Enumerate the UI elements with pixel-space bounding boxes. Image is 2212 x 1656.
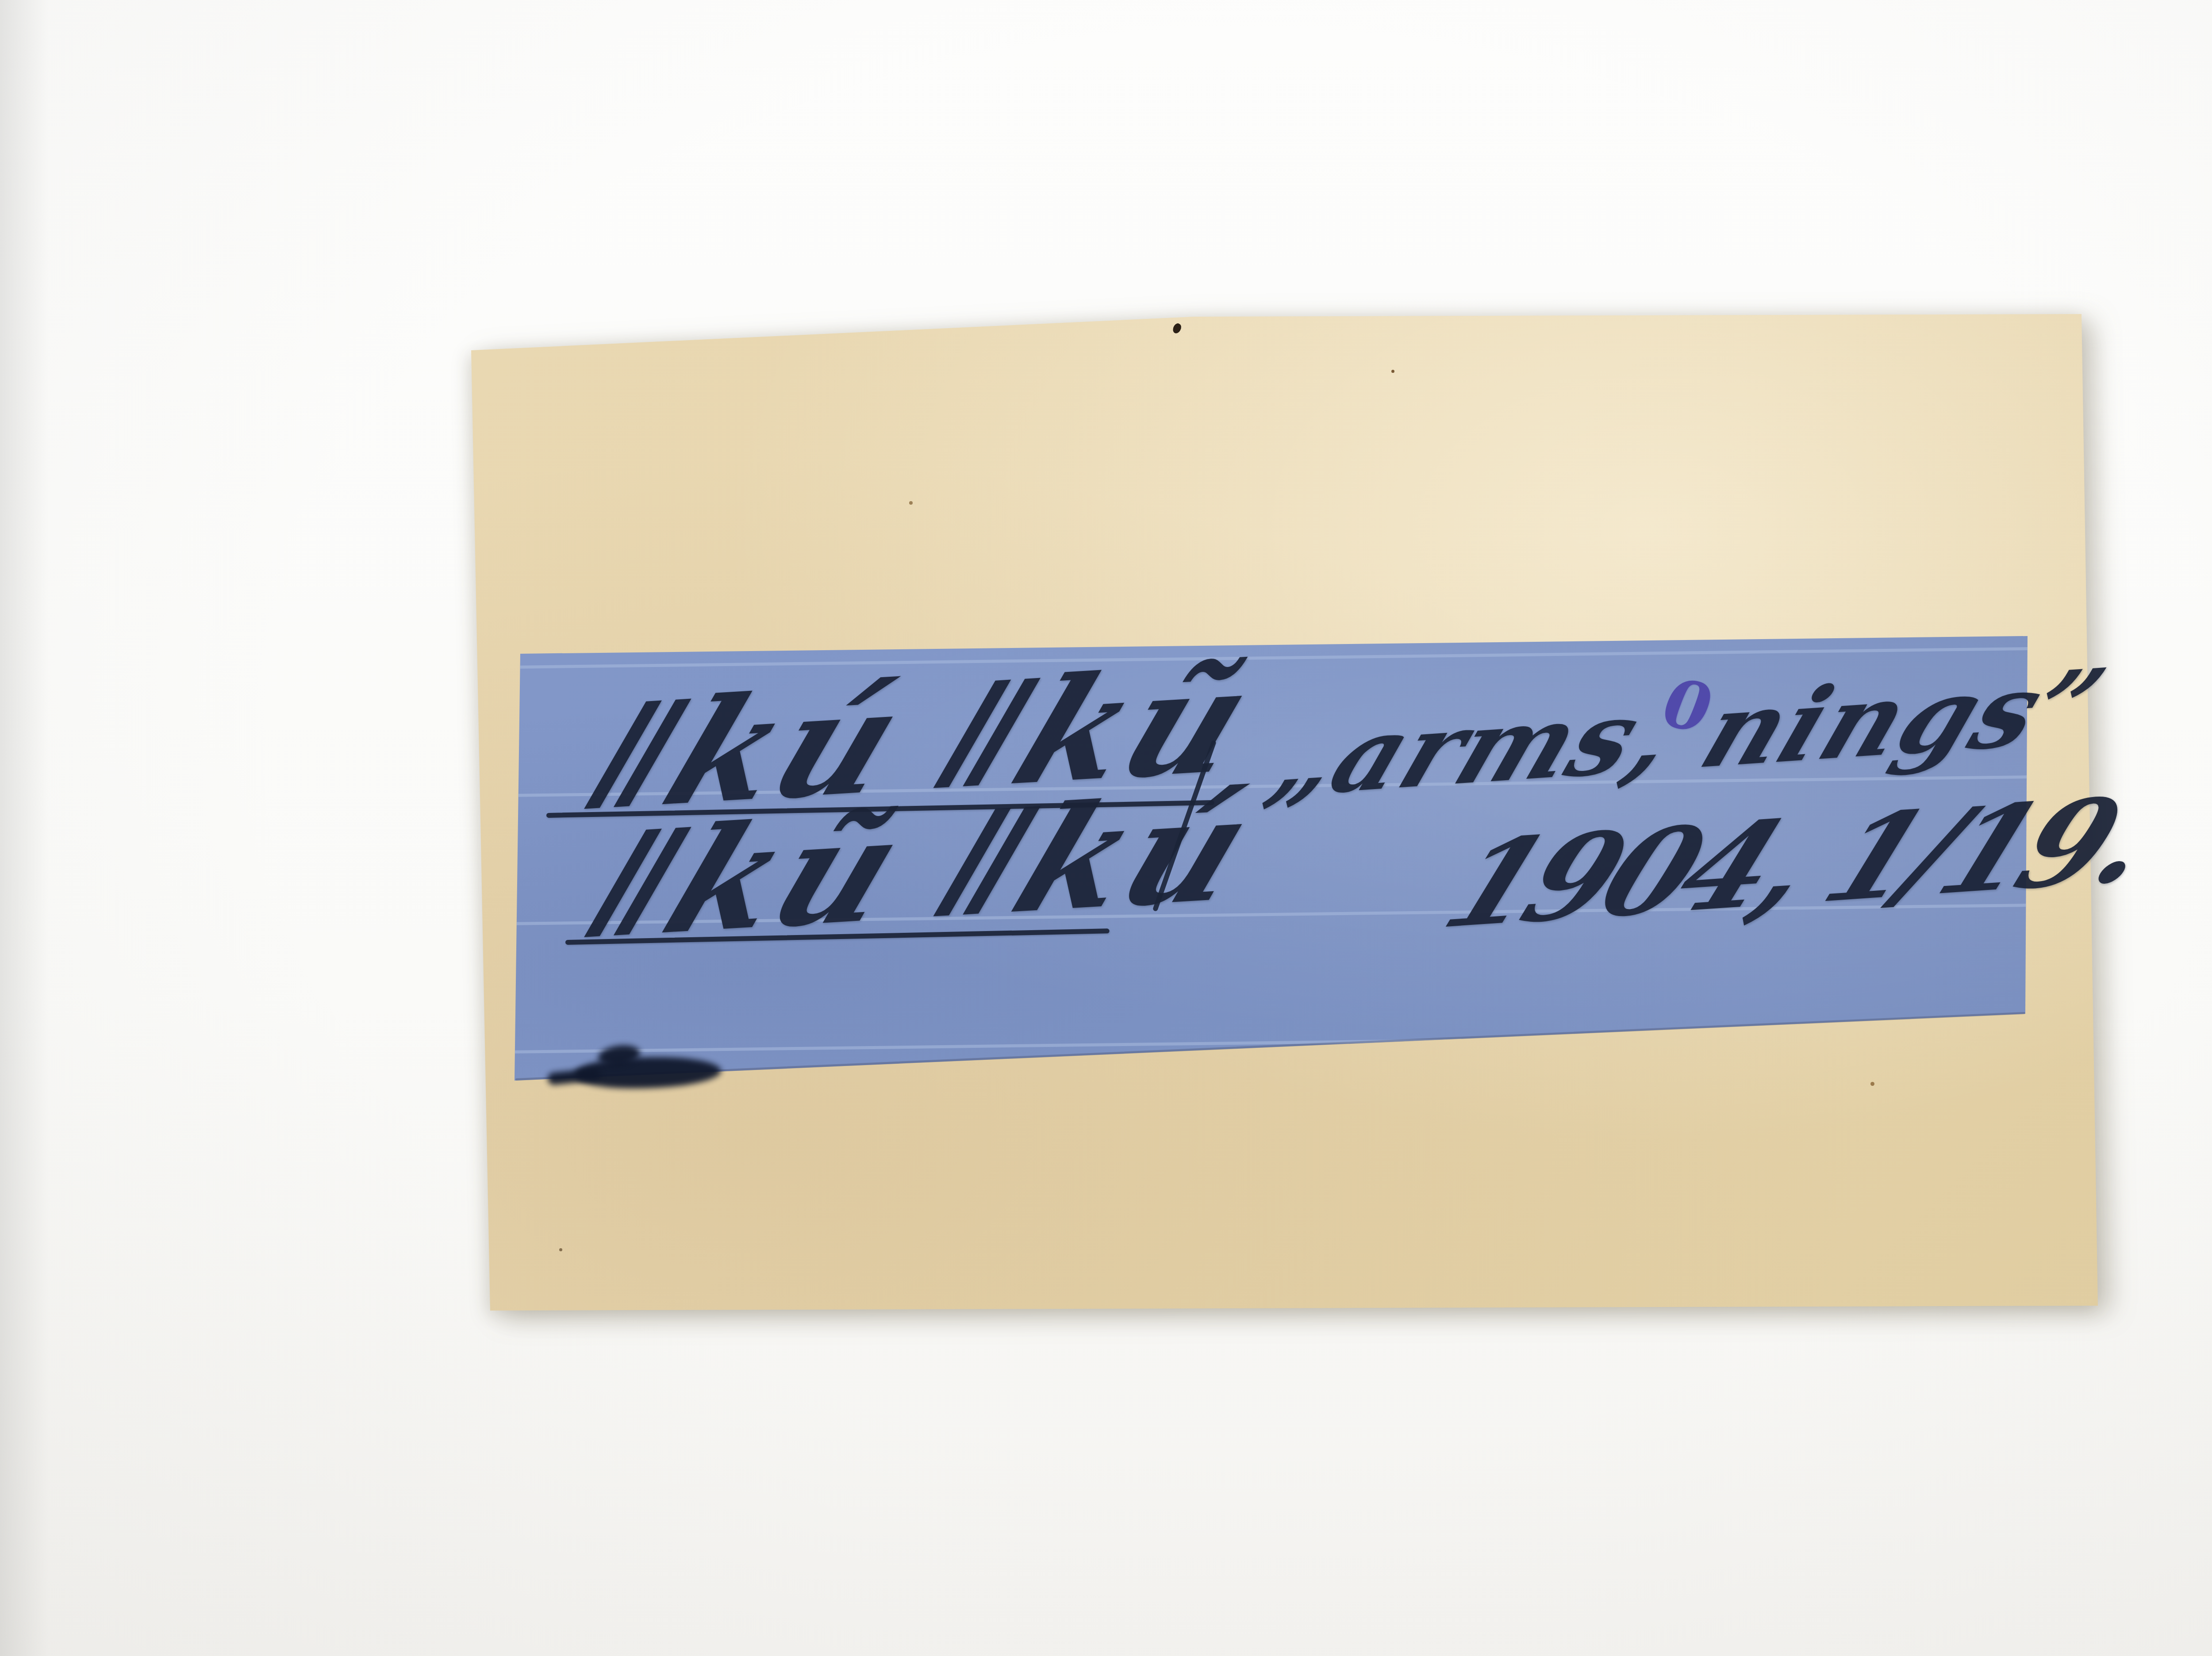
paper-speck xyxy=(909,501,913,505)
paper-speck xyxy=(559,1248,562,1251)
paper-speck xyxy=(1391,370,1394,373)
paper-speck xyxy=(1870,1082,1874,1086)
photo-backdrop: ǁkú ǁkũ ǁkũ ǁkú „arms, nings” 0 1904, 1/… xyxy=(0,0,2212,1656)
